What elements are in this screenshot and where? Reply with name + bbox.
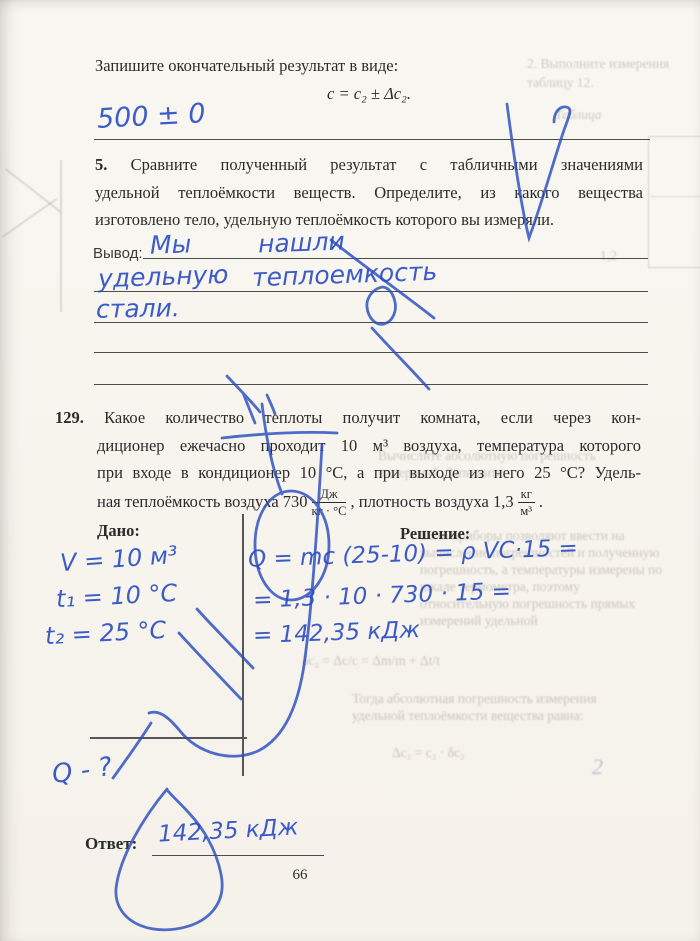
handwritten-work-line: = 142,35 кДж	[253, 617, 421, 649]
task-129-line: Какое количество теплоты получит комната…	[104, 408, 641, 427]
handwritten-conclusion-word: теплоемкость	[252, 257, 438, 292]
handwritten-find: Q - ?	[50, 752, 114, 790]
handwritten-conclusion-word: стали.	[96, 293, 180, 323]
answer-rule-line	[94, 139, 650, 140]
task-129-number: 129.	[55, 408, 84, 427]
bleedthrough-formula: Δc₂ = c₂ · δc₂	[392, 744, 532, 761]
pen-small-oval	[367, 287, 396, 324]
task-129-text: , плотность воздуха 1,3	[350, 492, 513, 511]
task-129-text: .	[539, 492, 543, 511]
task-5-line: Сравните полученный результат с табличны…	[131, 155, 643, 174]
fraction-denominator: м³	[518, 503, 535, 518]
handwritten-conclusion-word: нашли	[258, 226, 346, 258]
task-129-line: ная теплоёмкость воздуха 730Джкг · °C, п…	[55, 487, 641, 518]
empty-rule-1	[94, 352, 648, 353]
units-fraction: Джкг · °C	[312, 487, 347, 518]
bleedthrough-pen-mark: 2	[592, 758, 632, 775]
bleedthrough-diagonal	[2, 198, 57, 237]
units-fraction: кгм³	[518, 487, 535, 518]
task-5-line: удельной теплоёмкости веществ. Определит…	[95, 179, 643, 207]
pen-bottom-loop	[116, 789, 222, 930]
bleedthrough-text: Тогда абсолютная погрешность измерения у…	[352, 690, 652, 724]
task-5: 5. Сравните полученный результат с табли…	[95, 151, 643, 234]
fraction-denominator: кг · °C	[312, 503, 347, 518]
bleedthrough-text: 1,2	[600, 247, 690, 264]
handwritten-answer: 142,35 кДж	[157, 814, 299, 847]
task-129: 129. Какое количество теплоты получит ко…	[55, 404, 641, 518]
task-129-line: при входе в кондиционер 10 °C, а при вых…	[55, 459, 641, 487]
task-129-text: ная теплоёмкость воздуха 730	[97, 492, 308, 511]
answer-rule	[152, 855, 324, 856]
given-label: Дано:	[97, 517, 140, 545]
fraction-numerator: кг	[518, 487, 535, 503]
bleedthrough-text: Таблица	[555, 106, 675, 123]
given-box-bottom-line	[90, 737, 247, 739]
bleedthrough-table-line	[60, 160, 62, 312]
handwritten-given-line: t₁ = 10 °C	[55, 579, 178, 613]
empty-rule-2	[94, 384, 648, 385]
conclusion-label: Вывод:	[93, 245, 143, 262]
handwritten-conclusion-word: Мы	[150, 229, 192, 259]
pen-slash-stroke	[372, 328, 429, 389]
conclusion-rule-2	[94, 291, 648, 292]
bleedthrough-formula: δc₂ = Δc/c = Δm/m + Δt/t	[302, 652, 532, 669]
pen-slash-stroke	[197, 609, 253, 668]
handwritten-given-line: t₂ = 25 °C	[44, 616, 167, 650]
workbook-page: 2. Выполните измерения таблицу 12. Табли…	[0, 0, 700, 941]
bleedthrough-diagonal	[5, 168, 61, 212]
final-result-instruction: Запишите окончательный результат в виде:	[95, 52, 643, 80]
page-number: 66	[270, 862, 330, 890]
handwritten-conclusion-word: удельную	[98, 260, 229, 294]
pen-slash-stroke	[113, 723, 151, 778]
handwritten-given-line: V = 10 м³	[59, 541, 178, 577]
handwritten-final-result: 500 ± 0	[96, 98, 206, 135]
bleedthrough-table-line	[650, 196, 700, 197]
fraction-numerator: Дж	[312, 487, 347, 503]
task-129-line: диционер ежечасно проходит 10 м³ воздуха…	[55, 432, 641, 460]
pen-slash-stroke	[179, 633, 241, 699]
answer-label: Ответ:	[85, 830, 137, 858]
task-5-number: 5.	[95, 155, 107, 174]
